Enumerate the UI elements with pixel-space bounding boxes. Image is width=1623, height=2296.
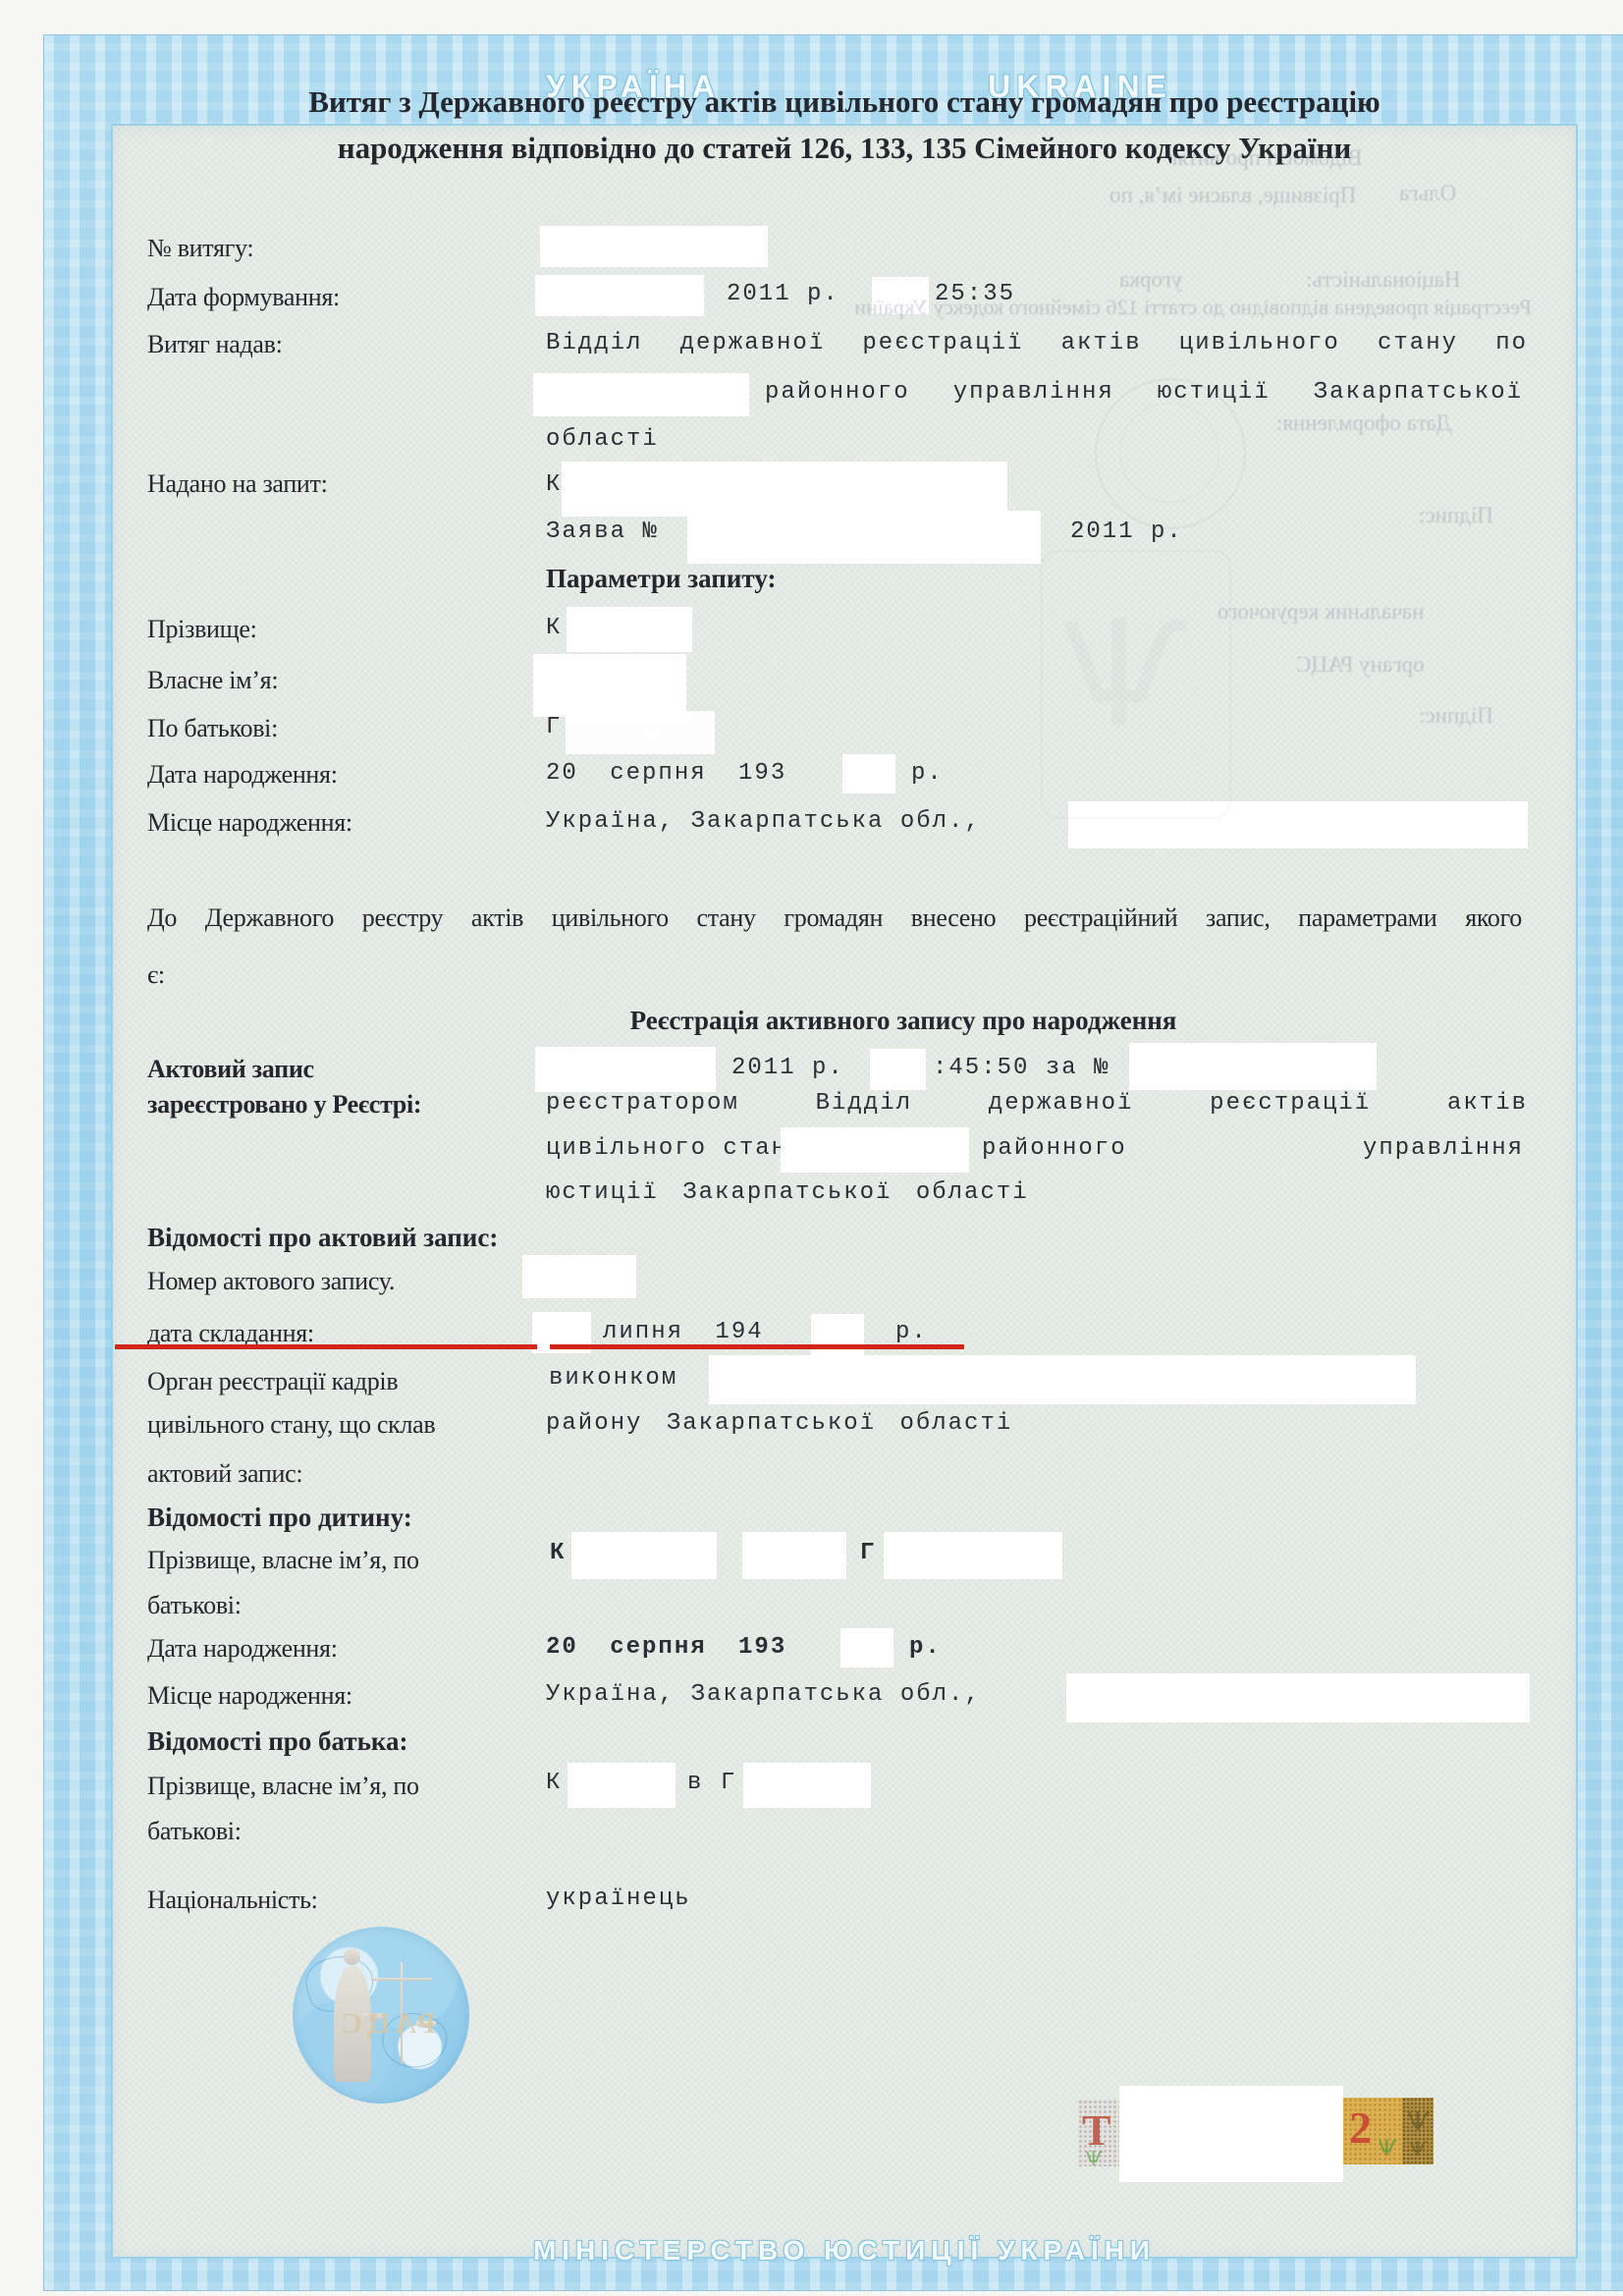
- compile-date-value: липня 194: [603, 1319, 764, 1345]
- formed-date-label: Дата формування:: [147, 283, 340, 312]
- redaction-box: [533, 373, 749, 416]
- request-by-label: Надано на запит:: [147, 469, 328, 499]
- father-name-mid1: в: [687, 1770, 703, 1796]
- stamp-digit-2: 2: [1349, 2102, 1372, 2154]
- registrar-line2b: районного управління: [982, 1135, 1524, 1162]
- document-title-line1: Витяг з Державного реєстру актів цивільн…: [113, 84, 1576, 120]
- redaction-box: [1066, 1673, 1530, 1722]
- redaction-box: [567, 607, 692, 652]
- registrar-line2a: цивільного стану: [546, 1135, 803, 1162]
- redaction-box: [568, 1763, 676, 1808]
- redaction-box: [540, 226, 768, 267]
- ghost-trident-icon: Ѱ: [1062, 589, 1188, 760]
- child-name-label2: батькові:: [147, 1591, 242, 1620]
- act-year-value: 2011 р.: [731, 1055, 844, 1081]
- redaction-box: [781, 1127, 969, 1173]
- scanned-document-page: УКРАЇНА UKRAINE МІНІСТЕРСТВО ЮСТИЦІЇ УКР…: [0, 0, 1623, 2296]
- nationality-value: українець: [546, 1886, 691, 1912]
- bleed-text: Ольга: [1399, 181, 1456, 206]
- bleed-text: Підпис:: [1419, 503, 1493, 528]
- surname-prefix: К: [546, 615, 562, 641]
- redaction-box: [709, 1355, 1416, 1404]
- registry-org-value2: району Закарпатської області: [546, 1410, 1012, 1437]
- ghost-seal-inner-circle: [1119, 403, 1219, 503]
- bleed-text: Реєстрація проведена відповідно до статт…: [619, 295, 1532, 320]
- redaction-box: [566, 711, 715, 754]
- redaction-box: [562, 462, 1007, 517]
- issued-by-label: Витяг надав:: [147, 330, 283, 359]
- redaction-box: [1119, 2086, 1343, 2182]
- bleed-text: начальник керуючого: [1217, 599, 1424, 625]
- issued-by-line3: області: [546, 426, 659, 453]
- register-paragraph-line2: є:: [147, 960, 165, 990]
- act-record-label2: зареєстровано у Реєстрі:: [147, 1090, 421, 1120]
- redaction-box: [571, 1532, 717, 1579]
- father-heading: Відомості про батька:: [147, 1726, 408, 1757]
- act-time-value: :45:50 за №: [933, 1055, 1109, 1081]
- birth-date-value: 20 серпня 193: [546, 760, 786, 787]
- red-underline-segment: [550, 1344, 964, 1349]
- surname-label: Прізвище:: [147, 615, 257, 644]
- patronymic-prefix: Г: [546, 714, 562, 740]
- stamp-trident-icon: Ѱ: [1086, 2147, 1103, 2170]
- bleed-text: Відомості про витяг: [1168, 145, 1363, 171]
- seal-justice-figure-head: [344, 1948, 360, 1965]
- birth-place-value: Україна, Закарпатська обл.,: [546, 808, 981, 835]
- patronymic-label: По батькові:: [147, 714, 278, 743]
- bleed-text: Національність:: [1306, 267, 1461, 293]
- bleed-text: Підпис:: [1419, 703, 1493, 729]
- father-name-mid2: Г: [721, 1770, 736, 1796]
- child-heading: Відомості про дитину:: [147, 1503, 412, 1533]
- redaction-box: [884, 1532, 1062, 1579]
- redaction-box: [743, 1763, 871, 1808]
- registry-org-label3: актовий запис:: [147, 1459, 302, 1489]
- child-name-prefix: К: [550, 1540, 566, 1566]
- redaction-box: [533, 654, 686, 717]
- stamp-trident-icon: Ѱ: [1408, 2107, 1430, 2137]
- register-paragraph-line1: До Державного реєстру актів цивільного с…: [147, 903, 1522, 933]
- child-birth-date-label: Дата народження:: [147, 1634, 338, 1664]
- birth-date-label: Дата народження:: [147, 760, 338, 790]
- redaction-box: [687, 511, 1041, 564]
- given-name-label: Власне ім’я:: [147, 666, 278, 695]
- red-underline-segment: [115, 1344, 537, 1349]
- nationality-label: Національність:: [147, 1886, 318, 1915]
- father-name-prefix: К: [546, 1770, 562, 1796]
- registration-heading: Реєстрація активного запису про народжен…: [540, 1006, 1267, 1036]
- father-name-label2: батькові:: [147, 1817, 242, 1846]
- redaction-box: [840, 1628, 893, 1667]
- redaction-box: [535, 1047, 716, 1092]
- seal-scales-beam: [371, 1978, 432, 1981]
- registry-org-label2: цивільного стану, що склав: [147, 1410, 435, 1440]
- issued-by-line1: Відділ державної реєстрації актів цивіль…: [546, 330, 1528, 356]
- child-name-mid: Г: [860, 1540, 876, 1566]
- bleed-text: угорка: [1119, 267, 1182, 293]
- registry-org-value1: виконком: [549, 1365, 677, 1392]
- border-ministry: МІНІСТЕРСТВО ЮСТИЦІЇ УКРАЇНИ: [491, 2235, 1198, 2267]
- hologram-seal: РАЦС: [293, 1927, 469, 2104]
- extract-no-label: № витягу:: [147, 234, 253, 263]
- redaction-box: [522, 1255, 636, 1298]
- child-birth-date-value: 20 серпня 193: [546, 1634, 786, 1661]
- redaction-box: [842, 754, 895, 793]
- bleed-text: Прізвище, власне ім’я, по: [1109, 183, 1356, 208]
- redaction-box: [1129, 1043, 1377, 1090]
- act-record-label1: Актовий запис: [147, 1055, 314, 1084]
- registry-org-label1: Орган реєстрації кадрів: [147, 1367, 398, 1396]
- birth-place-label: Місце народження:: [147, 808, 352, 838]
- seal-mirrored-text: РАЦС: [322, 2007, 450, 2041]
- registrar-line3: юстиції Закарпатської області: [546, 1179, 1029, 1206]
- birth-date-suffix: р.: [911, 760, 944, 787]
- act-info-heading: Відомості про актовий запис:: [147, 1223, 498, 1253]
- stamp-trident-icon: Ѱ: [1379, 2137, 1397, 2161]
- bleed-text: органу РАЦС: [1296, 652, 1425, 678]
- father-name-label1: Прізвище, власне ім’я, по: [147, 1772, 419, 1801]
- redaction-box: [870, 1049, 926, 1090]
- query-params-heading: Параметри запиту:: [546, 564, 776, 594]
- bleed-text: Дата оформлення:: [1276, 410, 1451, 436]
- compile-date-suffix: р.: [895, 1319, 928, 1345]
- child-name-label1: Прізвище, власне ім’я, по: [147, 1546, 419, 1575]
- child-birth-date-suffix: р.: [909, 1634, 942, 1661]
- stamp-trident-icon: Ѱ: [1410, 2137, 1427, 2160]
- child-birth-place-value: Україна, Закарпатська обл.,: [546, 1681, 981, 1708]
- registrar-line1: реєстратором Відділ державної реєстрації…: [546, 1090, 1528, 1117]
- child-birth-place-label: Місце народження:: [147, 1681, 352, 1711]
- redaction-box: [742, 1532, 846, 1579]
- application-label: Заява №: [546, 519, 659, 545]
- request-by-prefix: К: [546, 471, 562, 498]
- act-number-label: Номер актового запису.: [147, 1267, 395, 1296]
